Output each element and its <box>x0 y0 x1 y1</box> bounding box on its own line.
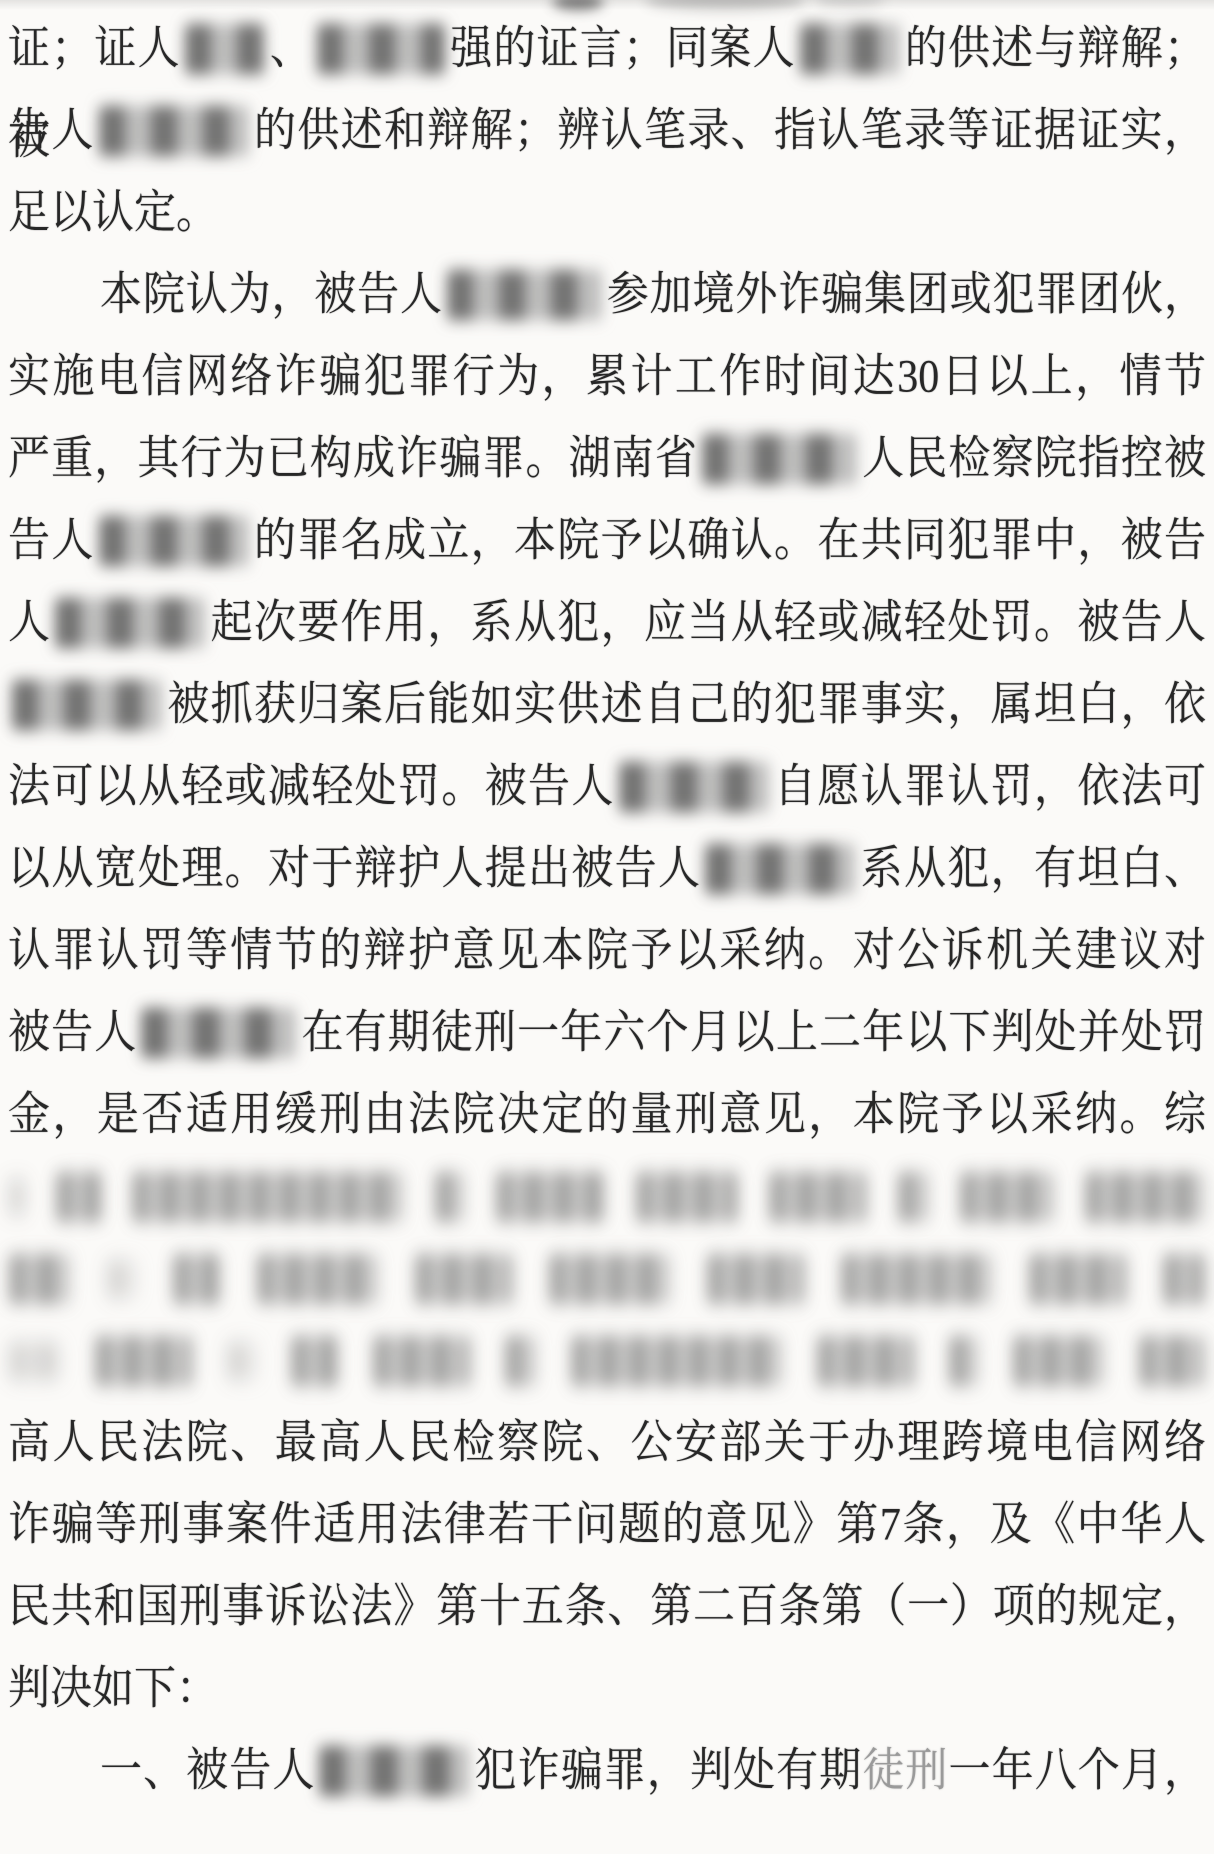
text-segment: 以从宽处理。对于辩护人提出被告人 <box>8 844 701 895</box>
text-segment: 本院认为，被告人 <box>100 270 443 321</box>
redacted-blob <box>961 1172 1053 1223</box>
redacted-blob <box>950 1336 978 1387</box>
text-segment: 人民检察院指控被 <box>861 434 1206 485</box>
redacted-blob <box>96 1336 192 1387</box>
text-line: 足以认定。 <box>0 168 1214 258</box>
redacted-name <box>800 24 900 75</box>
redacted-name <box>99 516 249 567</box>
redacted-blob <box>708 1254 804 1305</box>
text-segment: 法可以从轻或减轻处罚。被告人 <box>8 762 615 813</box>
redacted-blob <box>1086 1172 1204 1223</box>
redacted-blob <box>133 1172 403 1223</box>
text-segment: 强的证言；同案人 <box>449 24 796 75</box>
text-segment: 、 <box>269 24 313 75</box>
text-line: 告人的罪名成立，本院予以确认。在共同犯罪中，被告 <box>0 496 1214 586</box>
text-segment: 犯诈骗罪，判处有期 <box>473 1746 862 1797</box>
redacted-blob <box>818 1336 914 1387</box>
redacted-blob <box>1014 1336 1104 1387</box>
text-segment: 判决如下： <box>8 1664 218 1715</box>
text-segment: 高人民法院、最高人民检察院、公安部关于办理跨境电信网络 <box>8 1418 1206 1469</box>
redacted-blob <box>1164 1254 1204 1305</box>
text-line: 被抓获归案后能如实供述自己的犯罪事实，属坦白，依 <box>0 660 1214 750</box>
text-line: 证；证人、强的证言；同案人的供述与辩解；被 <box>0 4 1214 94</box>
redacted-line <box>0 1234 1214 1324</box>
text-line: 高人民法院、最高人民检察院、公安部关于办理跨境电信网络 <box>0 1398 1214 1488</box>
document-body: 证；证人、强的证言；同案人的供述与辩解；被告人的供述和辩解；辨认笔录、指认笔录等… <box>0 8 1214 1812</box>
text-segment: 起次要作用，系从犯，应当从轻或减轻处罚。被告人 <box>209 598 1206 649</box>
redacted-blob <box>899 1172 929 1223</box>
text-line: 人起次要作用，系从犯，应当从轻或减轻处罚。被告人 <box>0 578 1214 668</box>
text-line: 认罪认罚等情节的辩护意见本院予以采纳。对公诉机关建议对 <box>0 906 1214 996</box>
redacted-blob <box>10 1341 60 1381</box>
text-line: 严重，其行为已构成诈骗罪。湖南省人民检察院指控被 <box>0 414 1214 504</box>
text-line: 金，是否适用缓刑由法院决定的量刑意见，本院予以采纳。综 <box>0 1070 1214 1160</box>
text-line: 告人的供述和辩解；辨认笔录、指认笔录等证据证实， <box>0 86 1214 176</box>
redacted-blob <box>374 1336 470 1387</box>
redacted-blob <box>292 1336 338 1387</box>
text-segment: 被告人 <box>8 1008 137 1059</box>
redacted-blob <box>10 1177 24 1217</box>
redacted-name <box>319 1746 469 1797</box>
text-segment: 证；证人 <box>8 24 181 75</box>
redacted-blob <box>842 1254 992 1305</box>
text-segment: 金，是否适用缓刑由法院决定的量刑意见，本院予以采纳。综 <box>8 1090 1206 1141</box>
text-segment: 的罪名成立，本院予以确认。在共同犯罪中，被告 <box>253 516 1206 567</box>
redacted-name <box>55 598 205 649</box>
redacted-blob <box>497 1172 605 1223</box>
text-segment: 系从犯，有坦白、 <box>859 844 1206 895</box>
text-segment: 徒刑 <box>862 1746 948 1797</box>
redacted-blob <box>770 1172 866 1223</box>
text-segment: 参加境外诈骗集团或犯罪团伙， <box>606 270 1206 321</box>
redacted-name <box>99 106 249 157</box>
text-segment: 在有期徒刑一年六个月以上二年以下判处并处罚 <box>300 1008 1206 1059</box>
redacted-blob <box>228 1341 256 1381</box>
redacted-line <box>0 1152 1214 1242</box>
text-segment: 足以认定。 <box>8 188 218 239</box>
text-line: 实施电信网络诈骗犯罪行为，累计工作时间达30日以上，情节 <box>0 332 1214 422</box>
text-segment: 认罪认罚等情节的辩护意见本院予以采纳。对公诉机关建议对 <box>8 926 1206 977</box>
text-line: 民共和国刑事诉讼法》第十五条、第二百条第（一）项的规定， <box>0 1562 1214 1652</box>
text-line: 诈骗等刑事案件适用法律若干问题的意见》第7条，及《中华人 <box>0 1480 1214 1570</box>
redacted-blob <box>637 1172 737 1223</box>
redacted-blob <box>572 1336 782 1387</box>
text-line: 本院认为，被告人参加境外诈骗集团或犯罪团伙， <box>0 250 1214 340</box>
redacted-blob <box>436 1172 464 1223</box>
redacted-blob <box>416 1254 512 1305</box>
redacted-name <box>702 434 857 485</box>
text-line: 被告人在有期徒刑一年六个月以上二年以下判处并处罚 <box>0 988 1214 1078</box>
redacted-blob <box>1140 1336 1204 1387</box>
redacted-name <box>317 24 445 75</box>
text-segment: 实施电信网络诈骗犯罪行为，累计工作时间达30日以上，情节 <box>8 352 1206 403</box>
text-segment: 民共和国刑事诉讼法》第十五条、第二百条第（一）项的规定， <box>8 1582 1206 1633</box>
text-segment: 告人 <box>8 106 95 157</box>
redacted-blob <box>506 1336 536 1387</box>
redacted-blob <box>550 1254 670 1305</box>
redacted-line <box>0 1316 1214 1406</box>
redacted-blob <box>174 1254 220 1305</box>
redacted-blob <box>10 1254 70 1305</box>
text-segment: 的供述和辩解；辨认笔录、指认笔录等证据证实， <box>253 106 1206 157</box>
text-line: 以从宽处理。对于辩护人提出被告人系从犯，有坦白、 <box>0 824 1214 914</box>
redacted-name <box>12 680 162 731</box>
redacted-blob <box>57 1172 101 1223</box>
redacted-blob <box>108 1259 136 1299</box>
text-line: 一、被告人犯诈骗罪，判处有期徒刑一年八个月， <box>0 1726 1214 1816</box>
text-segment: 被抓获归案后能如实供述自己的犯罪事实，属坦白，依 <box>166 680 1206 731</box>
redacted-blob <box>1030 1254 1126 1305</box>
redacted-name <box>705 844 855 895</box>
text-line: 判决如下： <box>0 1644 1214 1734</box>
text-segment: 一、被告人 <box>100 1746 315 1797</box>
document-page: 证；证人、强的证言；同案人的供述与辩解；被告人的供述和辩解；辨认笔录、指认笔录等… <box>0 0 1214 1854</box>
text-segment: 自愿认罪认罚，依法可 <box>773 762 1206 813</box>
text-segment: 人 <box>8 598 51 649</box>
redacted-blob <box>258 1254 378 1305</box>
redacted-name <box>447 270 602 321</box>
text-line: 法可以从轻或减轻处罚。被告人自愿认罪认罚，依法可 <box>0 742 1214 832</box>
redacted-name <box>619 762 769 813</box>
text-segment: 告人 <box>8 516 95 567</box>
text-segment: 诈骗等刑事案件适用法律若干问题的意见》第7条，及《中华人 <box>8 1500 1206 1551</box>
text-segment: 严重，其行为已构成诈骗罪。湖南省 <box>8 434 698 485</box>
redacted-name <box>185 24 265 75</box>
redacted-name <box>141 1008 296 1059</box>
text-segment: 一年八个月， <box>949 1746 1206 1797</box>
